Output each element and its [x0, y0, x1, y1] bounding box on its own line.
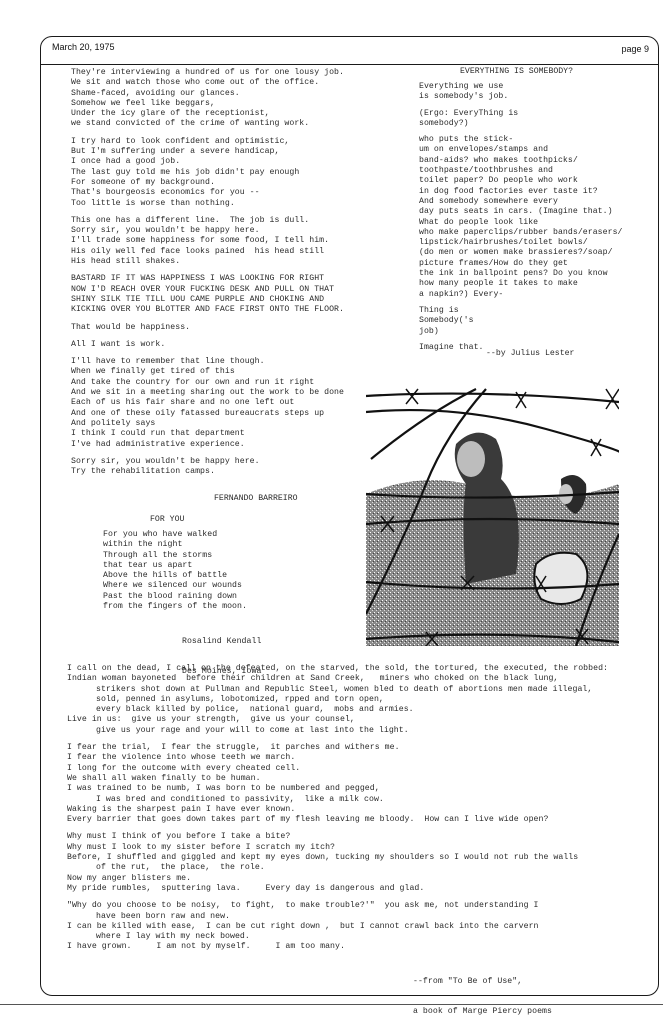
- poem-line: His oily well fed face looks pained his …: [71, 247, 344, 257]
- poem-line: I once had a good job.: [71, 157, 344, 167]
- poem-line: day puts seats in cars. (Imagine that.): [419, 207, 623, 217]
- poem-line: Sorry sir, you wouldn't be happy here.: [71, 457, 344, 467]
- poem-line: I fear the trial, I fear the struggle, i…: [67, 743, 608, 753]
- poem-line: We shall all waken finally to be human.: [67, 774, 608, 784]
- poem-line: I think I could run that department: [71, 429, 344, 439]
- poem-line: Try the rehabilitation camps.: [71, 467, 344, 477]
- poem-line: Why must I look to my sister before I sc…: [67, 843, 608, 853]
- stanza-break: [71, 333, 344, 340]
- poem-line: I'll have to remember that line though.: [71, 357, 344, 367]
- poem-line: For someone of my background.: [71, 178, 344, 188]
- poem-line: For you who have walked: [103, 530, 247, 540]
- poem-line: That would be happiness.: [71, 323, 344, 333]
- poem-line: Where we silenced our wounds: [103, 581, 247, 591]
- poem-line: I was bred and conditioned to passivity,…: [67, 795, 608, 805]
- poem-line: I fear the violence into whose teeth we …: [67, 753, 608, 763]
- poem-everything-is-somebody: Everything we useis somebody's job.(Ergo…: [419, 82, 623, 359]
- poem-line: the ink in ballpoint pens? Do you know: [419, 269, 623, 279]
- poem-line: job): [419, 327, 623, 337]
- poem-line: every black killed by police, national g…: [67, 705, 608, 715]
- poem-line: Sorry sir, you wouldn't be happy here.: [71, 226, 344, 236]
- poem-line: how many people it takes to make: [419, 279, 623, 289]
- poem-line: And somebody somewhere every: [419, 197, 623, 207]
- stanza-break: [71, 267, 344, 274]
- poem-line: "Why do you choose to be noisy, to fight…: [67, 901, 608, 911]
- poem-line: Shame-faced, avoiding our glances.: [71, 89, 344, 99]
- poem-line: We sit and watch those who come out of t…: [71, 78, 344, 88]
- source-line: a book of Marge Piercy poems: [413, 1007, 552, 1017]
- poem-line: I've had administrative experience.: [71, 440, 344, 450]
- poem-line: That's bourgeosis economics for you --: [71, 188, 344, 198]
- stanza-break: [71, 209, 344, 216]
- poem-line: toilet paper? Do people who work: [419, 176, 623, 186]
- poem-line: we stand convicted of the crime of wanti…: [71, 119, 344, 129]
- stanza: (Ergo: EveryThing issomebody?): [419, 109, 623, 130]
- poem-line: I have grown. I am not by myself. I am t…: [67, 942, 608, 952]
- poem-line: His head still shakes.: [71, 257, 344, 267]
- poem-line: is somebody's job.: [419, 92, 623, 102]
- poem-line: I can be killed with ease, I can be cut …: [67, 922, 608, 932]
- poem-line: lipstick/hairbrushes/toilet bowls/: [419, 238, 623, 248]
- poem-line: This one has a different line. The job i…: [71, 216, 344, 226]
- poem-line: The last guy told me his job didn't pay …: [71, 168, 344, 178]
- poem-line: Each of us his fair share and no one lef…: [71, 398, 344, 408]
- poem-line: in dog food factories ever taste it?: [419, 187, 623, 197]
- header-divider: [40, 64, 659, 65]
- author-name: Rosalind Kendall: [182, 637, 261, 647]
- poem-line: NOW I'D REACH OVER YOUR FUCKING DESK AND…: [71, 285, 344, 295]
- barbed-wire-illustration: [366, 384, 619, 646]
- poem-to-be-of-use: I call on the dead, I call on the defeat…: [67, 664, 608, 953]
- poem-line: BASTARD IF IT WAS HAPPINESS I WAS LOOKIN…: [71, 274, 344, 284]
- poem-line: I long for the outcome with every cheate…: [67, 764, 608, 774]
- poem-author-lester: --by Julius Lester: [486, 349, 574, 358]
- poem-line: Live in us: give us your strength, give …: [67, 715, 608, 725]
- page-edge-rule: [0, 1004, 663, 1005]
- poem-line: All I want is work.: [71, 340, 344, 350]
- poem-line: What do people look like: [419, 218, 623, 228]
- poem-line: Thing is: [419, 306, 623, 316]
- poem-line: And politely says: [71, 419, 344, 429]
- poem-line: um on envelopes/stamps and: [419, 145, 623, 155]
- poem-line: Too little is worse than nothing.: [71, 199, 344, 209]
- poem-line: Under the icy glare of the receptionist,: [71, 109, 344, 119]
- poem-line: Somebody('s: [419, 316, 623, 326]
- stanza: Thing isSomebody('sjob): [419, 306, 623, 337]
- stanza-break: [71, 316, 344, 323]
- poem-line: who puts the stick-: [419, 135, 623, 145]
- poem-line: I was trained to be numb, I was born to …: [67, 784, 608, 794]
- stanza-break: [71, 450, 344, 457]
- poem-line: And one of these oily fatassed bureaucra…: [71, 409, 344, 419]
- poem-line: where I lay with my neck bowed.: [67, 932, 608, 942]
- poem-line: picture frames/How do they get: [419, 259, 623, 269]
- poem-line: (do men or women make brassieres?/soap/: [419, 248, 623, 258]
- poem-line: And we sit in a meeting sharing out the …: [71, 388, 344, 398]
- poem-line: And take the country for our own and run…: [71, 378, 344, 388]
- poem-title-for-you: FOR YOU: [150, 515, 184, 524]
- poem-line: give us your rage and your will to come …: [67, 726, 608, 736]
- poem-line: strikers shot down at Pullman and Republ…: [67, 685, 608, 695]
- poem-line: from the fingers of the moon.: [103, 602, 247, 612]
- stanza: who puts the stick-um on envelopes/stamp…: [419, 135, 623, 300]
- poem-line: Somehow we feel like beggars,: [71, 99, 344, 109]
- poem-line: Through all the storms: [103, 551, 247, 561]
- page-number: page 9: [621, 44, 649, 54]
- poem-line: Waking is the sharpest pain I have ever …: [67, 805, 608, 815]
- poem-line: (Ergo: EveryThing is: [419, 109, 623, 119]
- issue-date: March 20, 1975: [52, 42, 115, 52]
- poem-line: that tear us apart: [103, 561, 247, 571]
- poem-line: band-aids? who makes toothpicks/: [419, 156, 623, 166]
- poem-line: My pride rumbles, sputtering lava. Every…: [67, 884, 608, 894]
- poem-author-barreiro: FERNANDO BARREIRO: [214, 494, 298, 503]
- poem-job-interview: They're interviewing a hundred of us for…: [71, 68, 344, 477]
- poem-line: KICKING OVER YOU BLOTTER AND FACE FIRST …: [71, 305, 344, 315]
- poem-line: Every barrier that goes down takes part …: [67, 815, 608, 825]
- poem-line: I try hard to look confident and optimis…: [71, 137, 344, 147]
- poem-line: But I'm suffering under a severe handica…: [71, 147, 344, 157]
- poem-line: When we finally get tired of this: [71, 367, 344, 377]
- poem-line: who make paperclips/rubber bands/erasers…: [419, 228, 623, 238]
- poem-line: Indian woman bayoneted before their chil…: [67, 674, 608, 684]
- poem-line: Everything we use: [419, 82, 623, 92]
- poem-line: Now my anger blisters me.: [67, 874, 608, 884]
- poem-line: somebody?): [419, 119, 623, 129]
- poem-line: They're interviewing a hundred of us for…: [71, 68, 344, 78]
- poem-line: Before, I shuffled and giggled and kept …: [67, 853, 608, 863]
- poem-line: toothpaste/toothbrushes and: [419, 166, 623, 176]
- source-line: --from "To Be of Use",: [413, 977, 552, 987]
- stanza-break: [71, 130, 344, 137]
- stanza: Everything we useis somebody's job.: [419, 82, 623, 103]
- poem-line: have been born raw and new.: [67, 912, 608, 922]
- poem-line: Why must I think of you before I take a …: [67, 832, 608, 842]
- poem-line: SHINY SILK TIE TILL UOU CAME PURPLE AND …: [71, 295, 344, 305]
- poem-line: sold, penned in asylums, lobotomized, rp…: [67, 695, 608, 705]
- poem-source-piercy: --from "To Be of Use", a book of Marge P…: [413, 956, 552, 1024]
- poem-line: within the night: [103, 540, 247, 550]
- poem-line: Past the blood raining down: [103, 592, 247, 602]
- poem-for-you: For you who have walkedwithin the nightT…: [103, 530, 247, 612]
- poem-line: of the rut, the place, the role.: [67, 863, 608, 873]
- poem-line: I call on the dead, I call on the defeat…: [67, 664, 608, 674]
- poem-line: a napkin?) Every-: [419, 290, 623, 300]
- poem-line: I'll trade some happiness for some food,…: [71, 236, 344, 246]
- poem-line: Above the hills of battle: [103, 571, 247, 581]
- poem-title-everything: EVERYTHING IS SOMEBODY?: [460, 67, 573, 76]
